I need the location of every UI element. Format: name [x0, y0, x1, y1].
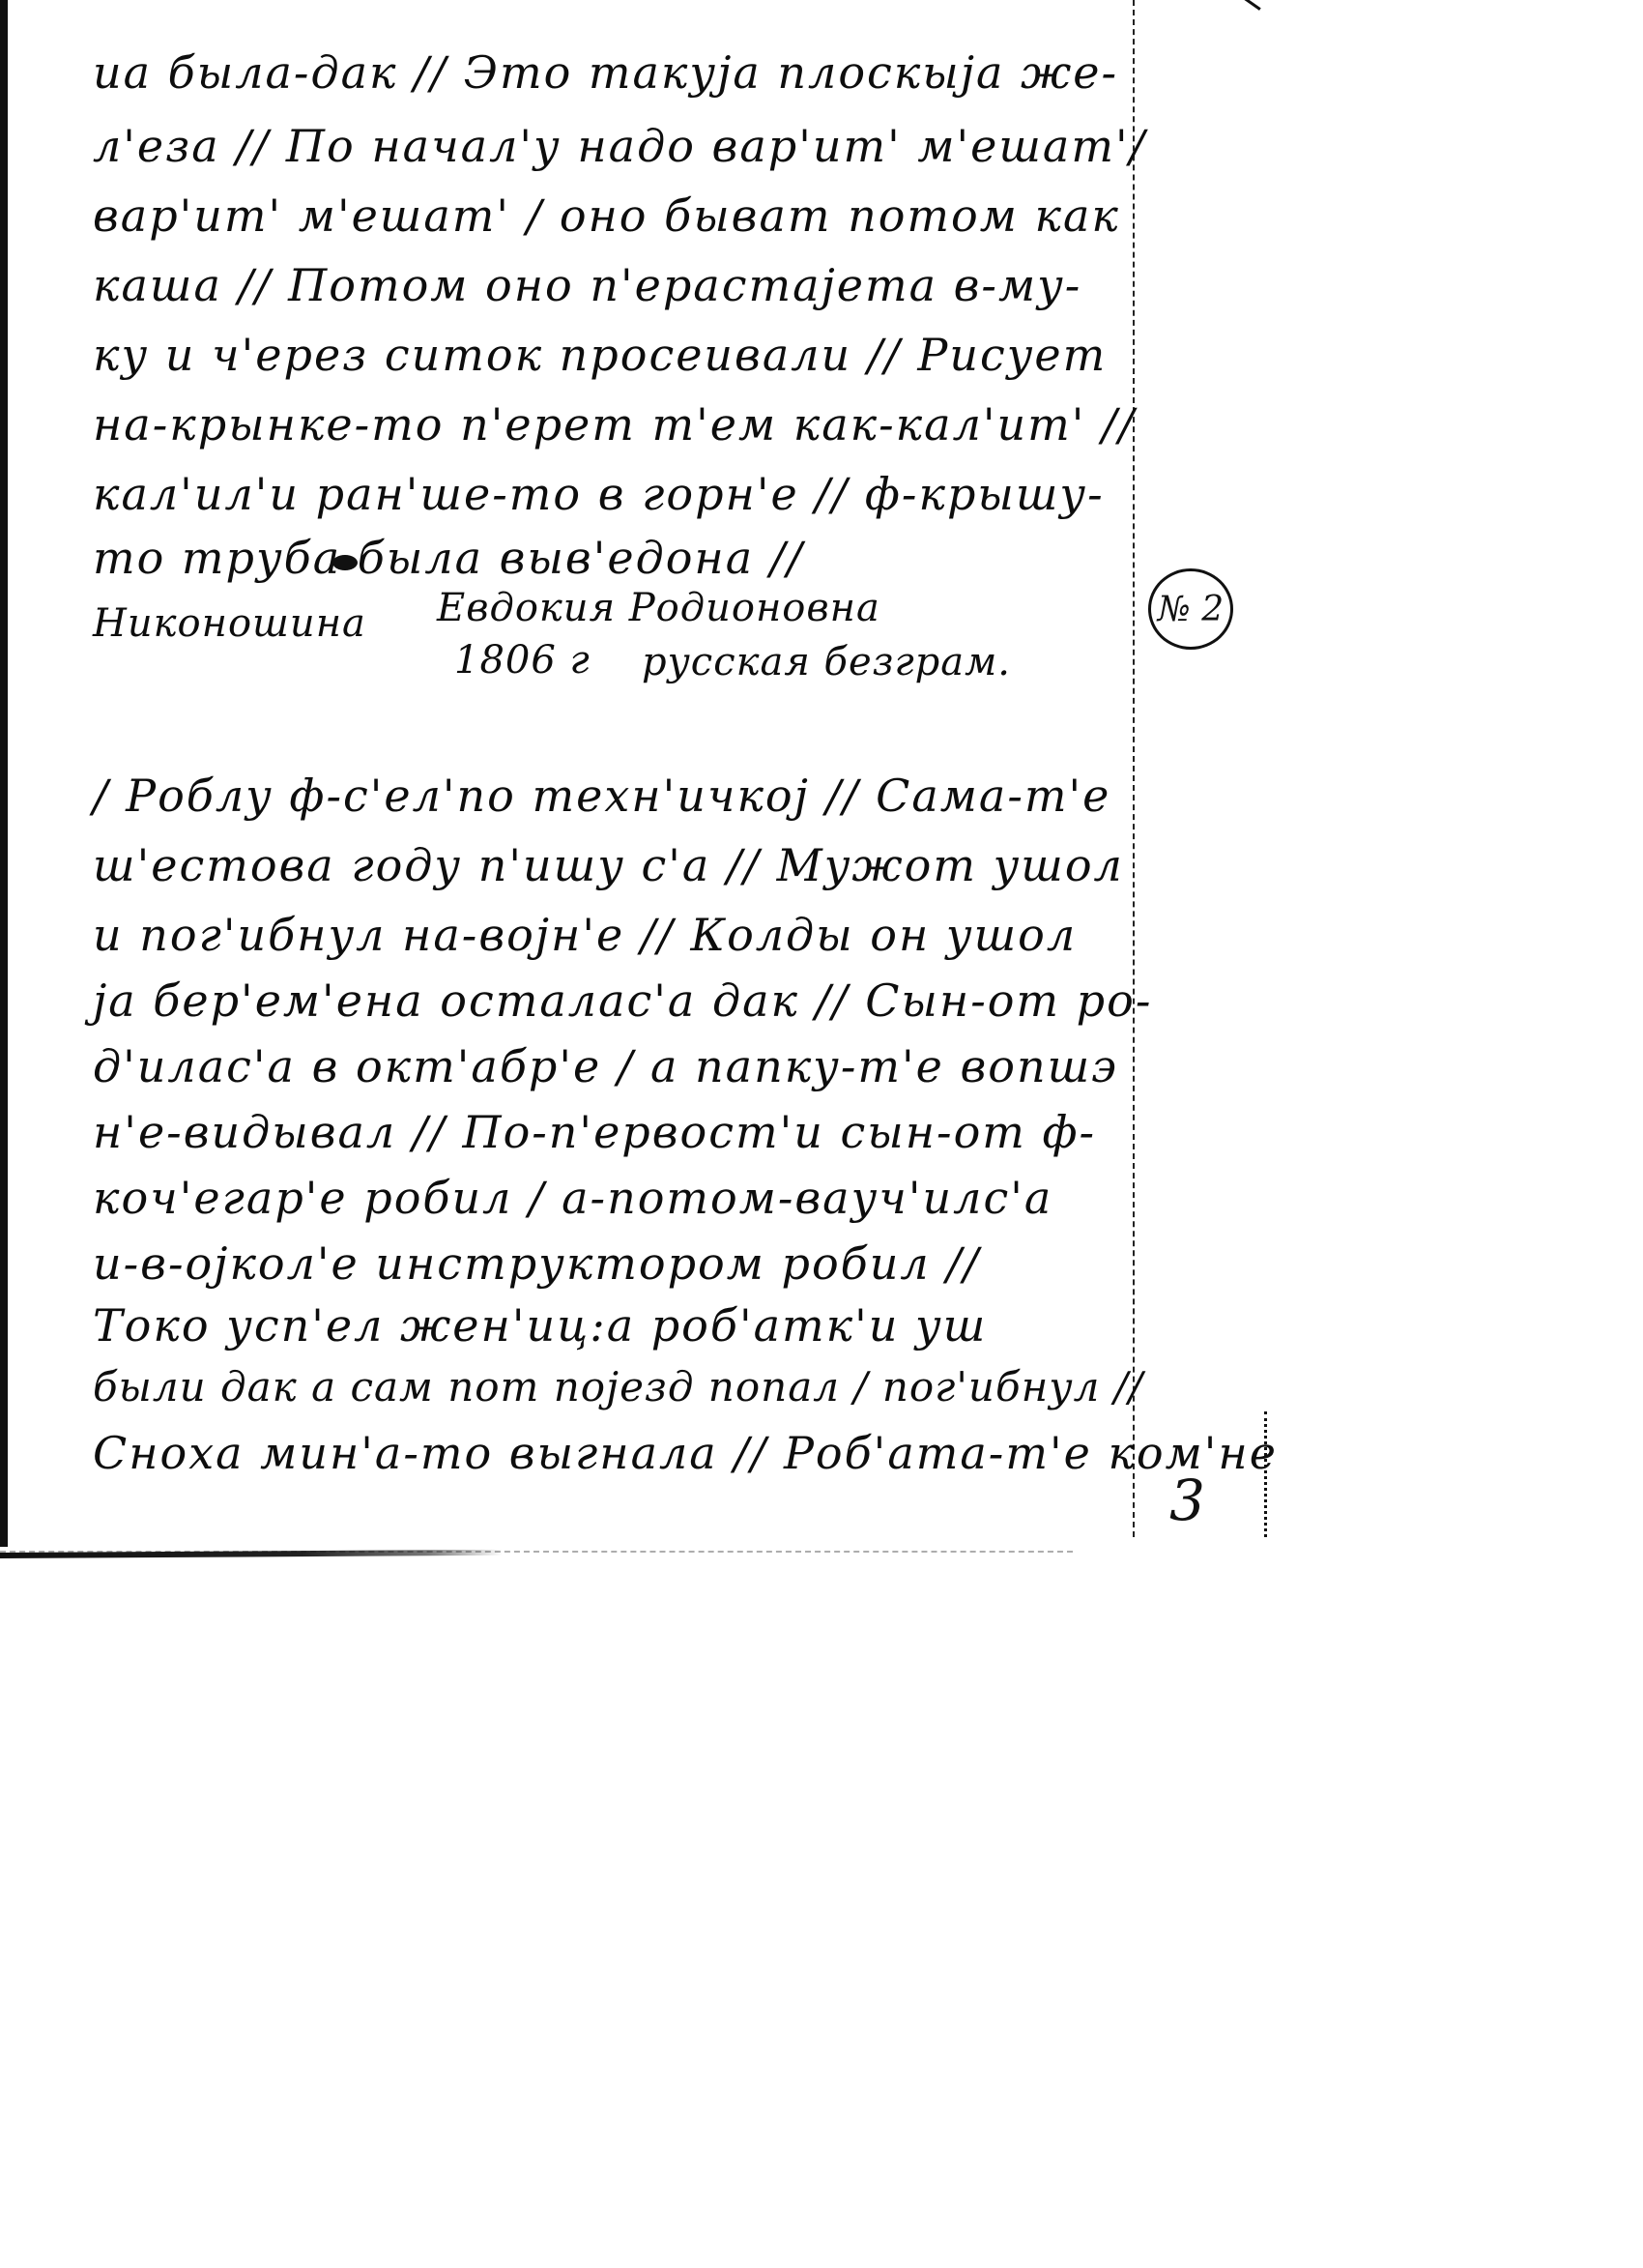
scan-bottom-edge-shadow	[0, 1551, 1073, 1554]
text-line: Токо усп'ел жен'иц:а роб'атк'и уш	[93, 1303, 987, 1348]
text-line: иа была-дак // Это такуја плоскыја же-	[93, 50, 1118, 95]
text-line: то труба была выв'едона //	[93, 536, 804, 580]
text-line: д'илас'а в окт'абр'е / а папку-т'е вопшэ	[93, 1044, 1118, 1089]
margin-rule-vertical	[1133, 0, 1135, 1537]
text-line: ш'естова году п'ишу с'а // Мужот ушол	[93, 843, 1124, 887]
text-line: на-крынке-то п'ерет т'ем как-кал'ит' //	[93, 402, 1136, 447]
text-line: были дак а сам пот појезд попал / пог'иб…	[93, 1367, 1143, 1408]
page-number: 3	[1169, 1468, 1205, 1533]
text-line: / Роблу ф-с'ел'по техн'ичкој // Сама-т'е	[93, 773, 1110, 818]
informant-birth-year: 1806 г	[454, 638, 591, 683]
informant-surname: Никоношина	[93, 601, 366, 646]
text-line: н'е-видывал // По-п'ервост'и сын-от ф-	[93, 1110, 1096, 1154]
text-line: Сноха мин'а-то выгнала // Роб'ата-т'е ко…	[93, 1431, 1278, 1475]
text-line: ја бер'ем'ена осталас'а дак // Сын-от ро…	[93, 978, 1152, 1023]
text-line: коч'егар'е робил / а-потом-вауч'илс'а	[93, 1176, 1052, 1220]
text-line: кал'ил'и ран'ше-то в горн'е // ф-крышу-	[93, 472, 1105, 516]
ink-blot	[332, 555, 358, 570]
informant-details: русская безграм.	[642, 640, 1011, 684]
scanned-document-page: иа была-дак // Это такуја плоскыја же- л…	[0, 0, 1643, 2268]
text-line: и-в-ојкол'е инструктором робил //	[93, 1241, 980, 1286]
informant-number: № 2	[1158, 590, 1224, 629]
scan-left-edge	[0, 0, 8, 1547]
text-line: л'еза // По начал'у надо вар'ит' м'ешат'…	[93, 124, 1146, 168]
informant-name: Евдокия Родионовна	[437, 586, 880, 630]
text-line: и пог'ибнул на-војн'е // Колды он ушол	[93, 913, 1077, 957]
text-line: вар'ит' м'ешат' / оно быват потом как	[93, 193, 1120, 238]
text-line: ку и ч'ерез ситок просеивали // Рисует	[93, 333, 1107, 377]
corner-scan-mark	[1232, 0, 1260, 21]
informant-number-badge: № 2	[1148, 568, 1233, 650]
text-line: каша // Потом оно п'ерастајета в-му-	[93, 263, 1081, 307]
